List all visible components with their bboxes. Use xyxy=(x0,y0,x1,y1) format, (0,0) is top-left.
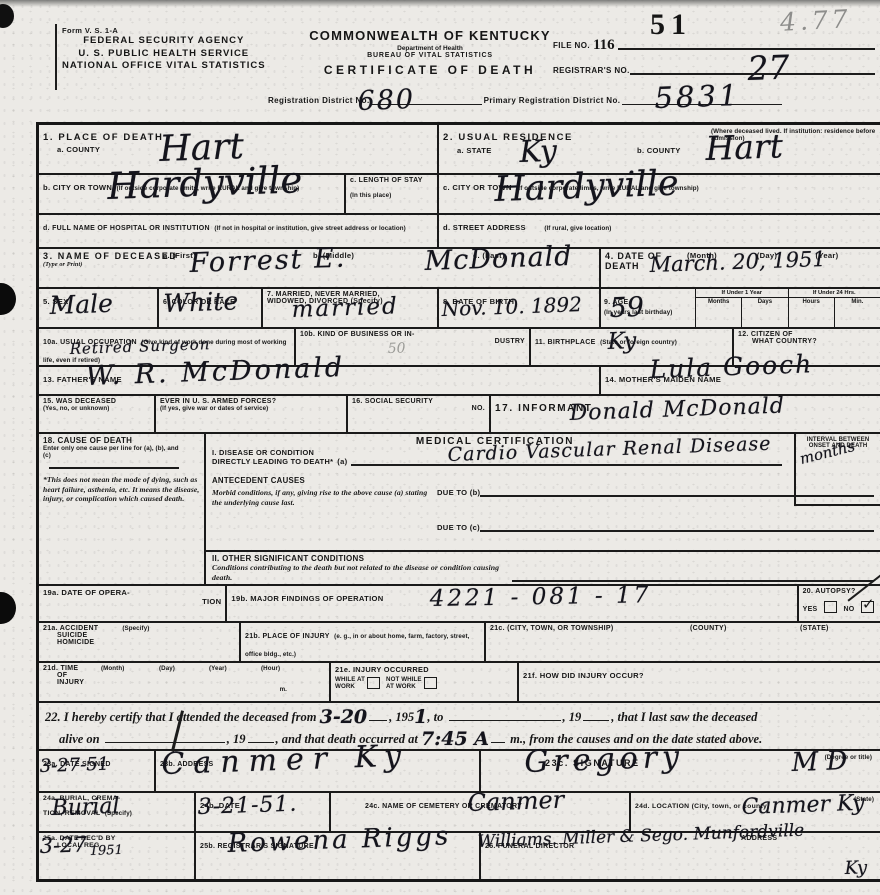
field-injury-occurred: 21e. INJURY OCCURRED WHILE AT WORK NOT W… xyxy=(331,663,519,701)
disease-label-2: DIRECTLY LEADING TO DEATH* xyxy=(212,457,333,466)
age-hours-label: Hours xyxy=(789,298,834,327)
hw-date-signed: 3-27-51 xyxy=(39,756,109,776)
hw-mother-name: Lula Gooch xyxy=(649,351,814,382)
cause-rule xyxy=(49,467,179,469)
stamped-number: 51 xyxy=(650,8,692,42)
issuing-agency-block: Form V. S. 1-A FEDERAL SECURITY AGENCY U… xyxy=(62,26,266,73)
hw-industry-stamp: 50 xyxy=(388,341,406,356)
injury-day-label: (Day) xyxy=(159,665,209,672)
field-how-injury-occurred: 21f. HOW DID INJURY OCCUR? xyxy=(519,663,880,701)
armed-forces-label-1: 15. WAS DECEASED xyxy=(43,398,150,405)
primary-district-label: Primary Registration District No. xyxy=(484,96,621,105)
place-city-label: b. CITY OR TOWN xyxy=(43,183,112,192)
field-accident-suicide: 21a. ACCIDENT SUICIDE HOMICIDE (Specify) xyxy=(39,623,241,661)
bureau-line: BUREAU OF VITAL STATISTICS xyxy=(296,52,564,59)
title-block: COMMONWEALTH OF KENTUCKY Department of H… xyxy=(296,28,564,77)
cause-of-death-note: Enter only one cause per line for (a), (… xyxy=(43,445,183,459)
cause-footnote: *This does not mean the mode of dying, s… xyxy=(43,475,200,504)
industry-label-2: DUSTRY xyxy=(300,338,525,345)
citizen-label-2: WHAT COUNTRY? xyxy=(752,338,876,345)
autopsy-yes-label: YES xyxy=(803,606,818,613)
certify-text-3: , to xyxy=(427,710,443,724)
armed-forces-note-1: (Yes, no, or unknown) xyxy=(43,405,150,412)
hw-sex: Male xyxy=(49,291,113,318)
blank-6 xyxy=(491,740,505,743)
age-days-label: Days xyxy=(741,298,787,327)
hw-marital: married xyxy=(291,295,399,322)
length-of-stay-note: (In this place) xyxy=(350,192,391,199)
street-address-label: d. STREET ADDRESS xyxy=(443,223,526,232)
age-months-label: Months xyxy=(696,298,741,327)
hw-attended-year: 1 xyxy=(414,706,427,728)
certificate-title: CERTIFICATE OF DEATH xyxy=(296,63,564,77)
cause-of-death-label: 18. CAUSE OF DEATH xyxy=(43,436,200,445)
place-county-label: a. COUNTY xyxy=(57,145,433,154)
department-line: Department of Health xyxy=(296,45,564,52)
registration-district-row: Registration District No. Primary Regist… xyxy=(268,96,828,105)
accident-note: (Specify) xyxy=(122,625,149,646)
hw-degree: M D xyxy=(791,748,848,776)
pencil-number: 4.77 xyxy=(779,4,852,37)
hw-race: White xyxy=(163,288,238,316)
autopsy-no-checkbox: ✓ xyxy=(861,601,874,613)
age-min-label: Min. xyxy=(834,298,880,327)
hw-funeral-director-state: Ky xyxy=(844,859,867,878)
field-injury-location: 21c. (CITY, TOWN, OR TOWNSHIP) (COUNTY) … xyxy=(486,623,880,661)
row-physician-certification: 22. I hereby certify that I attended the… xyxy=(39,703,880,751)
injury-occurred-label: 21e. INJURY OCCURRED xyxy=(335,665,513,674)
field-ssn: 16. SOCIAL SECURITY NO. xyxy=(348,396,491,432)
blank-1 xyxy=(369,718,387,721)
citizen-label-1: 12. CITIZEN OF xyxy=(738,331,876,338)
injury-county-label: (COUNTY) xyxy=(690,625,800,632)
hw-burial-type: Burial xyxy=(51,796,120,820)
hw-burial-date: 3-21-51. xyxy=(197,794,298,819)
hw-death-time: 7:45 A xyxy=(421,728,489,750)
row-time-of-injury: 21d. TIME (Month) (Day) (Year) (Hour) OF… xyxy=(39,663,880,703)
injury-month-label: (Month) xyxy=(101,665,159,672)
certify-text-6: alive on xyxy=(59,732,100,746)
hw-date-received-2: 1951 xyxy=(90,844,124,858)
operation-date-label-2: TION xyxy=(43,597,221,606)
age-under-24hr-header: If Under 24 Hrs. xyxy=(789,289,880,298)
birthplace-label: 11. BIRTHPLACE xyxy=(535,339,596,346)
commonwealth-title: COMMONWEALTH OF KENTUCKY xyxy=(296,28,564,43)
hw-physician-signature: Gregory xyxy=(524,742,685,778)
antecedent-label: ANTECEDENT CAUSES xyxy=(212,476,874,485)
autopsy-no-label: NO xyxy=(843,606,854,613)
major-findings-label: 19b. MAJOR FINDINGS OF OPERATION xyxy=(231,594,383,603)
disease-a-prefix: (a) xyxy=(337,457,347,466)
hw-residence-state: Ky xyxy=(519,137,557,168)
while-at-work-checkbox xyxy=(367,677,380,689)
other-conditions-note: Conditions contributing to the death but… xyxy=(212,563,512,582)
homicide-label: HOMICIDE xyxy=(57,639,98,646)
certify-text-4: , 19 xyxy=(563,710,582,724)
hw-findings-code: 4221 - 081 - 17 xyxy=(430,584,652,611)
autopsy-no-checkmark: ✓ xyxy=(862,595,875,613)
injury-year-label: (Year) xyxy=(209,665,261,672)
hw-cemetery-location: Canmer Ky xyxy=(741,793,865,819)
injury-city-label: 21c. (CITY, TOWN, OR TOWNSHIP) xyxy=(490,625,690,632)
registration-district-label: Registration District No. xyxy=(268,96,370,105)
while-at-work-label-1: WHILE AT xyxy=(335,676,365,683)
injury-hour-label: (Hour) xyxy=(261,665,280,672)
hw-residence-county: Hart xyxy=(705,129,784,165)
hw-date-of-birth: Nov. 10. 1892 xyxy=(441,294,582,319)
hw-attended-from: 3-20 xyxy=(320,706,368,728)
certify-text-5: , that I last saw the deceased xyxy=(611,710,757,724)
file-number-value: 116 xyxy=(590,40,618,50)
agency-line-1: FEDERAL SECURITY AGENCY xyxy=(62,35,266,48)
hw-last-name: McDonald xyxy=(424,243,573,275)
field-time-of-injury: 21d. TIME (Month) (Day) (Year) (Hour) OF… xyxy=(39,663,331,701)
row-accident: 21a. ACCIDENT SUICIDE HOMICIDE (Specify)… xyxy=(39,623,880,663)
field-certify-statement: 22. I hereby certify that I attended the… xyxy=(39,703,880,749)
time-of-injury-label-2: OF xyxy=(57,672,325,679)
hw-primary-district: 5831 xyxy=(654,81,741,113)
armed-forces-note-2: (If yes, give war or dates of service) xyxy=(160,405,342,412)
street-address-note: (If rural, give location) xyxy=(544,225,611,232)
suicide-label: SUICIDE xyxy=(57,632,98,639)
hw-first-name: Forrest E. xyxy=(189,245,347,277)
registrar-number-row: REGISTRAR'S NO. xyxy=(553,66,875,75)
name-title: 3. NAME OF DECEASED xyxy=(43,251,163,261)
age-subgrid: If Under 1 Year Months Days If Under 24 … xyxy=(695,289,880,327)
operation-date-label-1: 19a. DATE OF OPERA- xyxy=(43,588,221,597)
how-injury-occurred-label: 21f. HOW DID INJURY OCCUR? xyxy=(523,671,644,680)
other-conditions-label: II. OTHER SIGNIFICANT CONDITIONS xyxy=(212,554,874,563)
autopsy-yes-checkbox xyxy=(824,601,837,613)
field-hospital-name: d. FULL NAME OF HOSPITAL OR INSTITUTION … xyxy=(39,215,439,247)
hw-birthplace: Ky xyxy=(607,330,637,354)
hw-residence-city: Hardyville xyxy=(494,167,679,208)
blank-2 xyxy=(449,718,561,721)
hole-punch-bottom xyxy=(0,592,16,624)
due-to-c-rule xyxy=(480,528,874,532)
field-armed-forces: EVER IN U. S. ARMED FORCES? (If yes, giv… xyxy=(156,396,348,432)
file-number-label: FILE NO. xyxy=(553,41,590,50)
hw-registration-district: 680 xyxy=(357,86,415,115)
ssn-label-2: NO. xyxy=(352,405,485,412)
residence-county-label: b. COUNTY xyxy=(637,146,681,155)
form-number: Form V. S. 1-A xyxy=(62,26,266,35)
field-length-of-stay: c. LENGTH OF STAY (In this place) xyxy=(346,175,439,213)
hw-registrar-signature: Rowena Riggs xyxy=(227,823,452,857)
header-divider-line xyxy=(55,24,57,90)
time-of-injury-label-3: INJURY xyxy=(57,679,325,686)
accident-label: 21a. ACCIDENT xyxy=(43,625,98,632)
injury-meridiem-label: m. xyxy=(280,686,287,693)
disease-a-rule xyxy=(351,462,782,466)
age-under-1yr-header: If Under 1 Year xyxy=(696,289,788,298)
hospital-label: d. FULL NAME OF HOSPITAL OR INSTITUTION xyxy=(43,225,210,232)
hw-age: 59 xyxy=(609,294,644,322)
scan-edge-artifact xyxy=(0,0,880,7)
file-number-row: FILE NO. 116 xyxy=(553,40,875,50)
certify-text-2: , 195 xyxy=(389,710,414,724)
hospital-note: (If not in hospital or institution, give… xyxy=(214,225,405,232)
field-autopsy: 20. AUTOPSY? YES NO ✓ xyxy=(799,586,880,621)
not-while-at-work-checkbox xyxy=(424,677,437,689)
morbid-note: Morbid conditions, if any, giving rise t… xyxy=(212,488,437,532)
due-to-b-label: DUE TO (b) xyxy=(437,488,480,497)
injury-state-label: (STATE) xyxy=(800,625,829,632)
not-while-at-work-label-1: NOT WHILE xyxy=(386,676,422,683)
blank-4 xyxy=(105,740,225,743)
hole-punch-top xyxy=(0,283,16,315)
other-conditions-rule xyxy=(512,578,874,582)
field-cause-of-death: 18. CAUSE OF DEATH Enter only one cause … xyxy=(39,434,206,584)
place-of-death-title: 1. PLACE OF DEATH xyxy=(43,132,163,143)
place-of-injury-label: 21b. PLACE OF INJURY xyxy=(245,633,330,640)
blank-3 xyxy=(583,718,609,721)
agency-line-2: U. S. PUBLIC HEALTH SERVICE xyxy=(62,48,266,61)
armed-forces-label-2: EVER IN U. S. ARMED FORCES? xyxy=(160,398,342,405)
name-note: (Type or Print) xyxy=(43,261,163,268)
length-of-stay-label: c. LENGTH OF STAY xyxy=(350,177,433,184)
registrar-number-label: REGISTRAR'S NO. xyxy=(553,66,630,75)
hw-physician-address: Canmer Ky xyxy=(161,741,411,780)
hw-date-received-1: 3-27 xyxy=(39,834,87,857)
field-place-of-injury: 21b. PLACE OF INJURY (e. g., in or about… xyxy=(241,623,486,661)
field-was-deceased: 15. WAS DECEASED (Yes, no, or unknown) xyxy=(39,396,156,432)
industry-label-1: 10b. KIND OF BUSINESS OR IN- xyxy=(300,331,525,338)
time-of-injury-label: 21d. TIME xyxy=(43,665,101,672)
due-to-c-label: DUE TO (c) xyxy=(437,523,480,532)
hw-registrar-number: 27 xyxy=(747,51,790,85)
while-at-work-label-2: WORK xyxy=(335,683,365,690)
death-certificate-scan: Form V. S. 1-A FEDERAL SECURITY AGENCY U… xyxy=(0,0,880,895)
field-date-of-operation: 19a. DATE OF OPERA- TION xyxy=(39,586,227,621)
disease-label-1: I. DISEASE OR CONDITION xyxy=(212,448,333,457)
ssn-label-1: 16. SOCIAL SECURITY xyxy=(352,398,485,405)
scan-ink-blob xyxy=(0,4,14,28)
hw-place-city: Hardyville xyxy=(107,161,303,205)
hw-cemetery-name: Canmer xyxy=(467,788,564,815)
agency-line-3: NATIONAL OFFICE VITAL STATISTICS xyxy=(62,60,266,73)
not-while-at-work-label-2: AT WORK xyxy=(386,683,422,690)
